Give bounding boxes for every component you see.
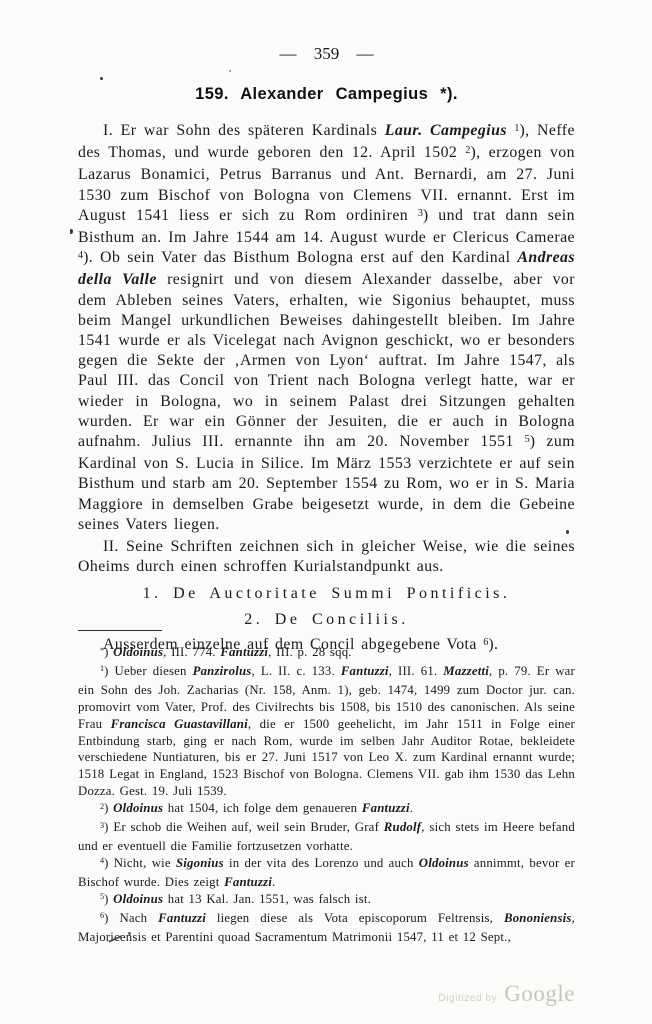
- text-run: Francisca Guastavillani: [111, 717, 248, 731]
- text-run: ). Ob sein Vater das Bisthum Bologna ers…: [83, 249, 517, 266]
- text-run: Oldoinus: [113, 801, 163, 815]
- footnote-3: 3) Er schob die Weihen auf, weil sein Br…: [78, 819, 575, 855]
- text-run: .: [410, 801, 413, 815]
- footnote-marker-paren: ): [104, 645, 113, 659]
- text-run: hat 1504, ich folge dem genaueren: [163, 801, 362, 815]
- main-text-column: I. Er war Sohn des späteren Kardinals La…: [78, 121, 575, 658]
- text-run: Fantuzzi: [341, 664, 389, 678]
- text-run: , III. p. 28 sqq.: [268, 645, 352, 659]
- footnote-marker: 2: [100, 802, 104, 811]
- footnote-marker-paren: ): [104, 664, 114, 678]
- text-run: Oldoinus: [113, 892, 163, 906]
- text-run: Nicht, wie: [114, 856, 176, 870]
- digitized-by-label: Digitized by: [438, 993, 497, 1004]
- text-run: Rudolf: [384, 820, 421, 834]
- footnote-ref: 4: [78, 250, 83, 261]
- footnote-ref: 3: [418, 208, 423, 219]
- work-item-1: 1. De Auctoritate Summi Pontificis.: [78, 583, 575, 604]
- paragraph-writings: II. Seine Schriften zeichnen sich in gle…: [78, 537, 575, 577]
- scanned-book-page: — 359 — 159. Alexander Campegius *). I. …: [0, 0, 652, 1024]
- text-run: Panzirolus: [193, 664, 252, 678]
- scan-speck: [100, 77, 103, 80]
- footnote-5: 5) Oldoinus hat 13 Kal. Jan. 1551, was f…: [78, 891, 575, 910]
- text-run: Nach: [119, 911, 158, 925]
- work-item-2: 2. De Conciliis.: [78, 609, 575, 630]
- text-run: I. Er war Sohn des späteren Kardinals: [103, 122, 385, 139]
- footnote-*: *) Oldoinus, III. 774. Fantuzzi, III. p.…: [78, 644, 575, 663]
- text-run: Ueber diesen: [115, 664, 193, 678]
- text-run: Fantuzzi: [220, 645, 268, 659]
- text-run: , III. 774.: [163, 645, 220, 659]
- text-run: 2. De Conciliis.: [244, 611, 408, 628]
- biography-section: I. Er war Sohn des späteren Kardinals La…: [78, 121, 575, 535]
- paragraph-biography: I. Er war Sohn des späteren Kardinals La…: [78, 121, 575, 535]
- footnote-marker: *: [100, 646, 104, 655]
- text-run: Sigonius: [176, 856, 224, 870]
- footnote-2: 2) Oldoinus hat 1504, ich folge dem gena…: [78, 800, 575, 819]
- footnote-marker-paren: ): [104, 856, 114, 870]
- text-run: II. Seine Schriften zeichnen sich in gle…: [78, 538, 575, 575]
- scan-speck: [229, 70, 231, 72]
- text-run: in der vita des Lorenzo und auch: [224, 856, 419, 870]
- text-run: resignirt und von diesem Alexander dasse…: [78, 271, 575, 450]
- writings-section: II. Seine Schriften zeichnen sich in gle…: [78, 537, 575, 577]
- footnote-marker-paren: ): [104, 801, 113, 815]
- footnote-ref: 2: [465, 145, 470, 156]
- text-run: , III. 61.: [389, 664, 444, 678]
- text-run: Laur. Campegius: [385, 122, 507, 139]
- works-list: 1. De Auctoritate Summi Pontificis.2. De…: [78, 583, 575, 630]
- digitized-watermark: Digitized by Google: [438, 981, 575, 1007]
- text-run: Mazzetti: [443, 664, 489, 678]
- footnote-ref: 1: [514, 123, 519, 134]
- text-run: 1. De Auctoritate Summi Pontificis.: [143, 585, 511, 602]
- entry-heading: 159. Alexander Campegius *).: [78, 85, 575, 104]
- footnote-divider: [78, 630, 162, 631]
- text-run: Oldoinus: [113, 645, 163, 659]
- page-number: — 359 —: [78, 44, 575, 64]
- footnote-1: 1) Ueber diesen Panzirolus, L. II. c. 13…: [78, 663, 575, 800]
- footnote-marker: 6: [100, 911, 104, 920]
- text-run: Er schob die Weihen auf, weil sein Brude…: [113, 820, 383, 834]
- google-logo: Google: [504, 981, 575, 1007]
- scan-speck: [128, 932, 131, 935]
- footnotes-section: *) Oldoinus, III. 774. Fantuzzi, III. p.…: [78, 644, 575, 945]
- footnote-6: 6) Nach Fantuzzi liegen diese als Vota e…: [78, 910, 575, 946]
- scan-speck: [566, 530, 569, 534]
- text-run: .: [272, 875, 275, 889]
- footnote-marker: 4: [100, 856, 104, 865]
- text-run: Oldoinus: [419, 856, 469, 870]
- text-run: Fantuzzi: [224, 875, 272, 889]
- text-run: , L. II. c. 133.: [251, 664, 340, 678]
- text-run: hat 13 Kal. Jan. 1551, was falsch ist.: [163, 892, 371, 906]
- text-run: Fantuzzi: [158, 911, 206, 925]
- footnote-marker-paren: ): [104, 820, 113, 834]
- footnote-4: 4) Nicht, wie Sigonius in der vita des L…: [78, 855, 575, 891]
- footnote-ref: 5: [525, 434, 530, 445]
- footnote-marker: 5: [100, 892, 104, 901]
- text-run: Bononiensis: [504, 911, 572, 925]
- footnote-marker-paren: ): [104, 911, 119, 925]
- text-run: liegen diese als Vota episcoporum Feltre…: [206, 911, 504, 925]
- scan-speck: [70, 229, 73, 234]
- footnote-marker-paren: ): [104, 892, 113, 906]
- footnote-marker: 3: [100, 821, 104, 830]
- footnote-marker: 1: [100, 664, 104, 673]
- text-run: Fantuzzi: [362, 801, 410, 815]
